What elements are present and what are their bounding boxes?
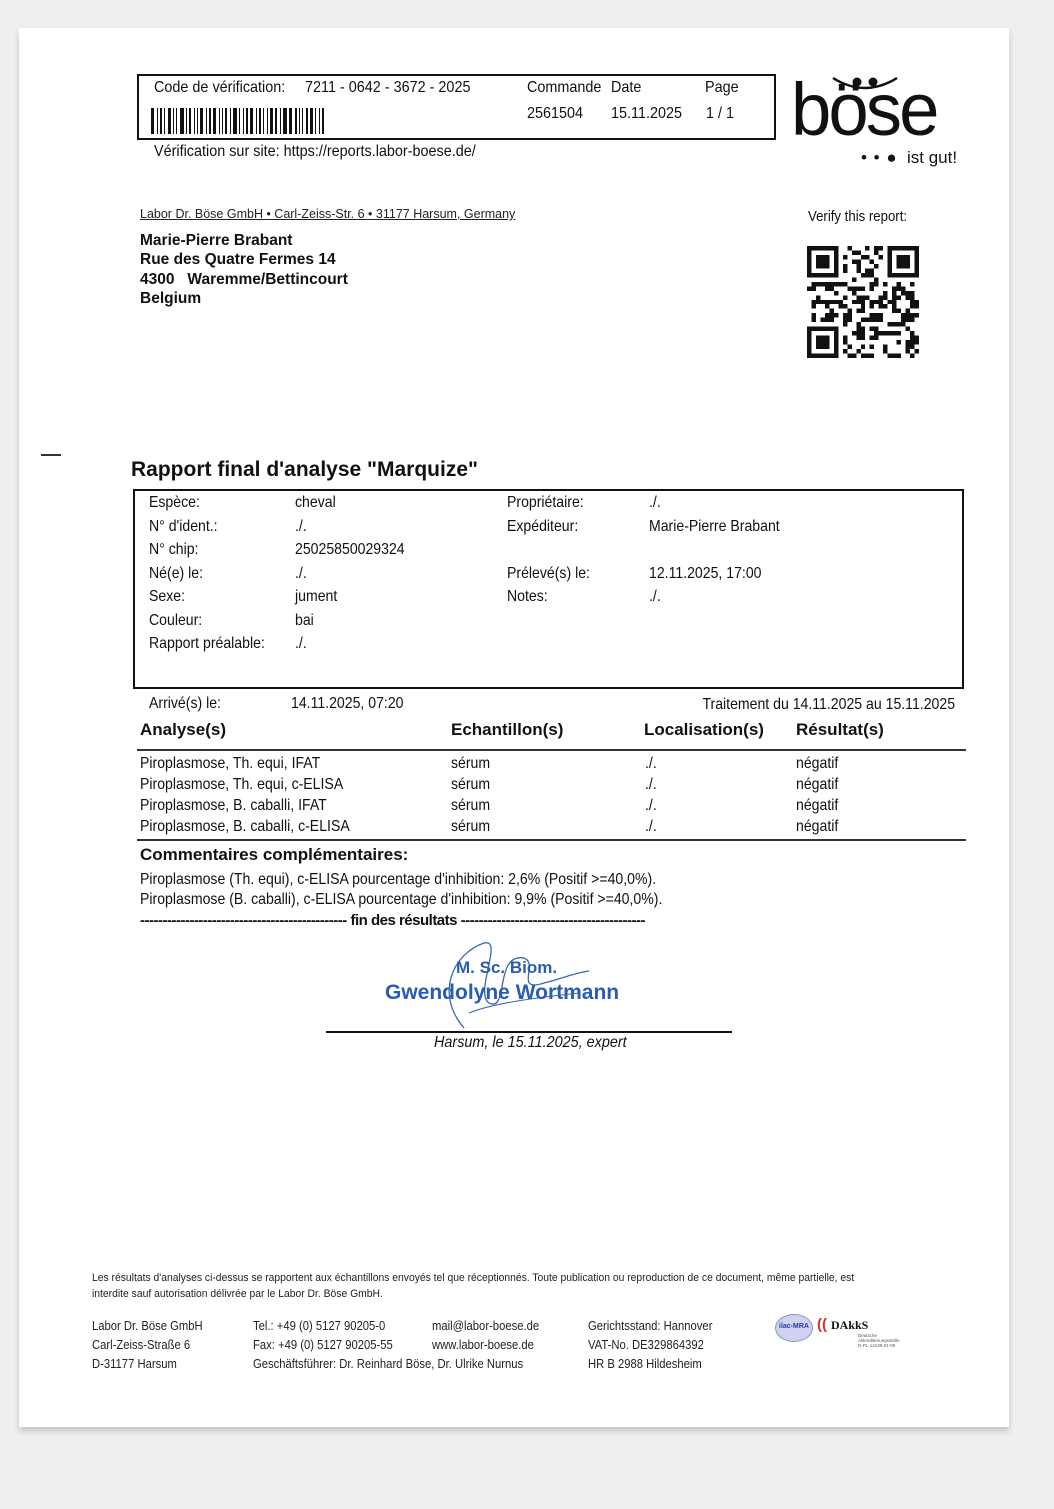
patient-info-box: Espèce: chevalN° d'ident.: ./.N° chip: 2… <box>133 489 964 689</box>
info-value: ./. <box>649 494 661 512</box>
dashes-left: ----------------------------------------… <box>140 912 347 929</box>
barcode-bar <box>302 108 303 134</box>
barcode-bar <box>275 108 277 134</box>
logo-dots-icon: • • ● <box>861 148 898 168</box>
end-marker-text: fin des résultats <box>350 912 457 929</box>
table-cell: négatif <box>796 776 838 794</box>
barcode-bar <box>186 108 187 134</box>
signatory-name: Gwendolyne Wortmann <box>385 981 619 1005</box>
table-cell: ./. <box>645 776 657 794</box>
ilac-mra-logo: ilac-MRA <box>775 1314 813 1342</box>
info-label: Expéditeur: <box>507 518 578 536</box>
logo-tagline: ist gut! <box>907 148 957 168</box>
order-number: 2561504 <box>527 105 583 123</box>
barcode-bar <box>189 108 191 134</box>
barcode-bar <box>230 108 231 134</box>
signatory-title: M. Sc. Biom. <box>456 958 557 978</box>
dakks-label: DAkkS <box>831 1318 868 1333</box>
footer-company: Labor Dr. Böse GmbHCarl-Zeiss-Straße 6D-… <box>92 1317 215 1374</box>
disclaimer: Les résultats d'analyses ci-dessus se ra… <box>92 1270 903 1302</box>
barcode-bar <box>295 108 297 134</box>
logo-brand: böse <box>791 70 936 150</box>
barcode-bar <box>233 108 237 134</box>
barcode-bar <box>176 108 177 134</box>
date-label: Date <box>611 79 641 97</box>
barcode-bar <box>270 108 273 134</box>
recipient-address: Marie-Pierre Brabant Rue des Quatre Ferm… <box>140 231 348 308</box>
table-bottom-rule <box>137 839 966 841</box>
footer-line: Labor Dr. Böse GmbH <box>92 1317 203 1336</box>
barcode-bar <box>164 108 165 134</box>
boese-logo: böse • • ● ist gut! <box>793 72 963 162</box>
arrival-label: Arrivé(s) le: <box>149 695 221 713</box>
qr-code-icon[interactable] <box>807 246 919 358</box>
report-title: Rapport final d'analyse "Marquize" <box>131 458 478 482</box>
comment-line: Piroplasmose (B. caballi), c-ELISA pourc… <box>140 891 662 909</box>
barcode-bar <box>243 108 244 134</box>
table-cell: ./. <box>645 818 657 836</box>
table-header-rule <box>137 749 966 751</box>
verify-site-link[interactable]: Vérification sur site: https://reports.l… <box>154 143 476 161</box>
info-label: Couleur: <box>149 612 202 630</box>
verification-label: Code de vérification: <box>154 79 285 97</box>
table-cell: sérum <box>451 755 490 773</box>
ilac-label: ilac-MRA <box>779 1323 809 1330</box>
table-cell: Piroplasmose, Th. equi, c-ELISA <box>140 776 343 794</box>
barcode-bar <box>306 108 308 134</box>
barcode-bar <box>160 108 162 134</box>
barcode-bar <box>259 108 261 134</box>
footer-line: HR B 2988 Hildesheim <box>588 1355 712 1374</box>
end-of-results: ----------------------------------------… <box>140 912 645 929</box>
table-header-cell: Analyse(s) <box>140 720 226 740</box>
comments-title: Commentaires complémentaires: <box>140 845 408 865</box>
info-label: Prélevé(s) le: <box>507 565 590 583</box>
arrival-value: 14.11.2025, 07:20 <box>291 695 403 713</box>
barcode-bar <box>225 108 227 134</box>
recipient-name: Marie-Pierre Brabant <box>140 231 348 250</box>
barcode-bar <box>206 108 207 134</box>
recipient-city: 4300 Waremme/Bettincourt <box>140 270 348 289</box>
barcode-bar <box>209 108 211 134</box>
signature-place-date: Harsum, le 15.11.2025, expert <box>434 1034 627 1052</box>
table-cell: négatif <box>796 797 838 815</box>
signature-line <box>326 1031 732 1033</box>
report-page: Code de vérification: 7211 - 0642 - 3672… <box>19 28 1009 1427</box>
recipient-street: Rue des Quatre Fermes 14 <box>140 250 348 269</box>
footer-line[interactable]: mail@labor-boese.de <box>432 1317 539 1336</box>
footer-web: mail@labor-boese.dewww.labor-boese.de <box>432 1317 551 1355</box>
barcode-bar <box>267 108 268 134</box>
barcode-bar <box>322 108 324 134</box>
dakks-sub-line: D-PL-14139-01-00 <box>858 1343 900 1348</box>
table-header-cell: Localisation(s) <box>644 720 764 740</box>
barcode-bar <box>250 108 253 134</box>
barcode-bar <box>157 108 158 134</box>
table-cell: Piroplasmose, B. caballi, IFAT <box>140 797 327 815</box>
table-cell: sérum <box>451 818 490 836</box>
table-header-cell: Résultat(s) <box>796 720 884 740</box>
dakks-arcs-icon: (( <box>817 1316 827 1333</box>
barcode-bar <box>289 108 292 134</box>
table-cell: négatif <box>796 755 838 773</box>
header-box: Code de vérification: 7211 - 0642 - 3672… <box>137 74 776 140</box>
sender-address: Labor Dr. Böse GmbH • Carl-Zeiss-Str. 6 … <box>140 207 515 221</box>
info-label: Né(e) le: <box>149 565 203 583</box>
order-label: Commande <box>527 79 601 97</box>
barcode-bar <box>194 108 195 134</box>
footer-line: Gerichtsstand: Hannover <box>588 1317 712 1336</box>
report-date: 15.11.2025 <box>611 105 682 123</box>
table-cell: ./. <box>645 797 657 815</box>
processing-period: Traitement du 14.11.2025 au 15.11.2025 <box>702 696 955 714</box>
footer-line: Carl-Zeiss-Straße 6 <box>92 1336 203 1355</box>
table-cell: Piroplasmose, B. caballi, c-ELISA <box>140 818 350 836</box>
barcode <box>151 108 361 134</box>
info-label: Rapport préalable: <box>149 635 265 653</box>
table-cell: sérum <box>451 776 490 794</box>
barcode-bar <box>310 108 313 134</box>
barcode-bar <box>180 108 184 134</box>
info-label: Propriétaire: <box>507 494 584 512</box>
verification-code: 7211 - 0642 - 3672 - 2025 <box>305 79 470 97</box>
info-value: ./. <box>295 518 307 536</box>
table-cell: sérum <box>451 797 490 815</box>
dakks-subtitle: DeutscheAkkreditierungsstelleD-PL-14139-… <box>858 1333 900 1348</box>
barcode-bar <box>151 108 154 134</box>
barcode-bar <box>200 108 203 134</box>
info-value: 12.11.2025, 17:00 <box>649 565 761 583</box>
info-label: Espèce: <box>149 494 200 512</box>
barcode-bar <box>222 108 223 134</box>
barcode-bar <box>280 108 281 134</box>
barcode-bar <box>213 108 216 134</box>
footer-line: D-31177 Harsum <box>92 1355 203 1374</box>
footer-line: Geschäftsführer: Dr. Reinhard Böse, Dr. … <box>253 1355 523 1374</box>
dashes-right: ----------------------------------------… <box>461 912 645 929</box>
footer-legal: Gerichtsstand: HannoverVAT-No. DE3298643… <box>588 1317 726 1374</box>
barcode-bar <box>263 108 264 134</box>
barcode-bar <box>197 108 198 134</box>
table-cell: ./. <box>645 755 657 773</box>
barcode-bar <box>319 108 320 134</box>
barcode-bar <box>283 108 287 134</box>
info-value: Marie-Pierre Brabant <box>649 518 780 536</box>
footer-line: VAT-No. DE329864392 <box>588 1336 712 1355</box>
verify-report-label: Verify this report: <box>808 208 907 225</box>
barcode-bar <box>315 108 316 134</box>
barcode-bar <box>299 108 300 134</box>
info-value: 25025850029324 <box>295 541 405 559</box>
info-value: jument <box>295 588 337 606</box>
info-value: ./. <box>295 635 307 653</box>
barcode-bar <box>239 108 240 134</box>
info-value: cheval <box>295 494 336 512</box>
barcode-bar <box>173 108 174 134</box>
disclaimer-line-2: interdite sauf autorisation délivrée par… <box>92 1286 854 1302</box>
barcode-bar <box>256 108 257 134</box>
info-label: N° chip: <box>149 541 198 559</box>
barcode-bar <box>246 108 248 134</box>
comment-line: Piroplasmose (Th. equi), c-ELISA pourcen… <box>140 871 656 889</box>
info-value: ./. <box>295 565 307 583</box>
page-label: Page <box>705 79 739 97</box>
page-number: 1 / 1 <box>706 105 734 123</box>
recipient-country: Belgium <box>140 289 348 308</box>
footer-line[interactable]: www.labor-boese.de <box>432 1336 539 1355</box>
table-cell: négatif <box>796 818 838 836</box>
table-header-cell: Echantillon(s) <box>451 720 563 740</box>
barcode-bar <box>168 108 171 134</box>
info-label: N° d'ident.: <box>149 518 218 536</box>
punch-mark <box>41 454 61 456</box>
disclaimer-line-1: Les résultats d'analyses ci-dessus se ra… <box>92 1270 854 1286</box>
table-cell: Piroplasmose, Th. equi, IFAT <box>140 755 320 773</box>
info-value: ./. <box>649 588 661 606</box>
info-label: Sexe: <box>149 588 185 606</box>
barcode-bar <box>219 108 220 134</box>
info-label: Notes: <box>507 588 548 606</box>
info-value: bai <box>295 612 314 630</box>
